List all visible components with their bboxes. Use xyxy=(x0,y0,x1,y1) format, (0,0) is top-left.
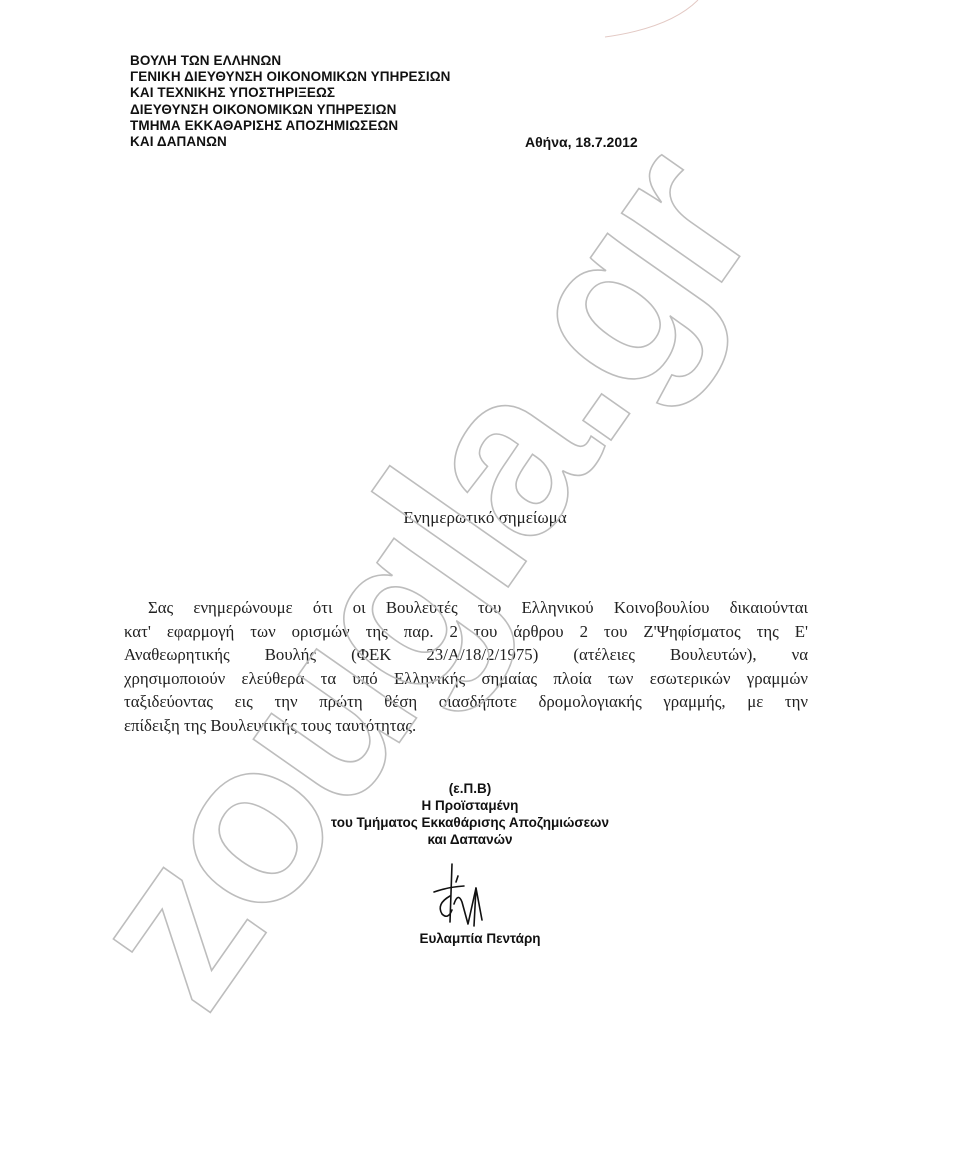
signature-line: του Τμήματος Εκκαθάρισης Αποζημιώσεων xyxy=(290,814,650,831)
document-page: ΒΟΥΛΗ ΤΩΝ ΕΛΛΗΝΩΝ ΓΕΝΙΚΗ ΔΙΕΥΘΥΝΣΗ ΟΙΚΟΝ… xyxy=(0,0,960,1151)
letterhead: ΒΟΥΛΗ ΤΩΝ ΕΛΛΗΝΩΝ ΓΕΝΙΚΗ ΔΙΕΥΘΥΝΣΗ ΟΙΚΟΝ… xyxy=(130,53,451,150)
letterhead-line: ΔΙΕΥΘΥΝΣΗ ΟΙΚΟΝΟΜΙΚΩΝ ΥΠΗΡΕΣΙΩΝ xyxy=(130,102,451,118)
body-line: Αναθεωρητικής Βουλής (ΦΕΚ 23/Α/18/2/1975… xyxy=(124,643,808,667)
signature-line: Η Προϊσταμένη xyxy=(290,797,650,814)
body-line: κατ' εφαρμογή των ορισμών της παρ. 2 του… xyxy=(124,620,808,644)
document-body: Σας ενημερώνουμε ότι οι Βουλευτές του Ελ… xyxy=(124,596,808,737)
watermark-text: zougla.gr xyxy=(35,105,803,1048)
signature-line: και Δαπανών xyxy=(290,831,650,848)
document-title: Ενημερωτικό σημείωμα xyxy=(0,508,960,528)
watermark-logo: zougla.gr xyxy=(0,0,960,1151)
body-line: ταξιδεύοντας εις την πρώτη θέση οιασδήπο… xyxy=(124,690,808,714)
signature-line: (ε.Π.Β) xyxy=(290,780,650,797)
letterhead-line: ΒΟΥΛΗ ΤΩΝ ΕΛΛΗΝΩΝ xyxy=(130,53,451,69)
body-line: Σας ενημερώνουμε ότι οι Βουλευτές του Ελ… xyxy=(124,596,808,620)
handwritten-signature-icon xyxy=(428,862,508,932)
scan-artifact-arc xyxy=(0,0,960,60)
letterhead-line: ΚΑΙ ΤΕΧΝΙΚΗΣ ΥΠΟΣΤΗΡΙΞΕΩΣ xyxy=(130,85,451,101)
body-line: χρησιμοποιούν ελεύθερα τα υπό Ελληνικής … xyxy=(124,667,808,691)
letterhead-line: ΤΜΗΜΑ ΕΚΚΑΘΑΡΙΣΗΣ ΑΠΟΖΗΜΙΩΣΕΩΝ xyxy=(130,118,451,134)
body-line: επίδειξη της Βουλευτικής τους ταυτότητας… xyxy=(124,714,808,738)
document-date: Αθήνα, 18.7.2012 xyxy=(525,134,638,150)
letterhead-line: ΓΕΝΙΚΗ ΔΙΕΥΘΥΝΣΗ ΟΙΚΟΝΟΜΙΚΩΝ ΥΠΗΡΕΣΙΩΝ xyxy=(130,69,451,85)
letterhead-line: ΚΑΙ ΔΑΠΑΝΩΝ xyxy=(130,134,451,150)
signature-block: (ε.Π.Β) Η Προϊσταμένη του Τμήματος Εκκαθ… xyxy=(290,780,650,848)
signer-name: Ευλαμπία Πεντάρη xyxy=(380,931,580,946)
